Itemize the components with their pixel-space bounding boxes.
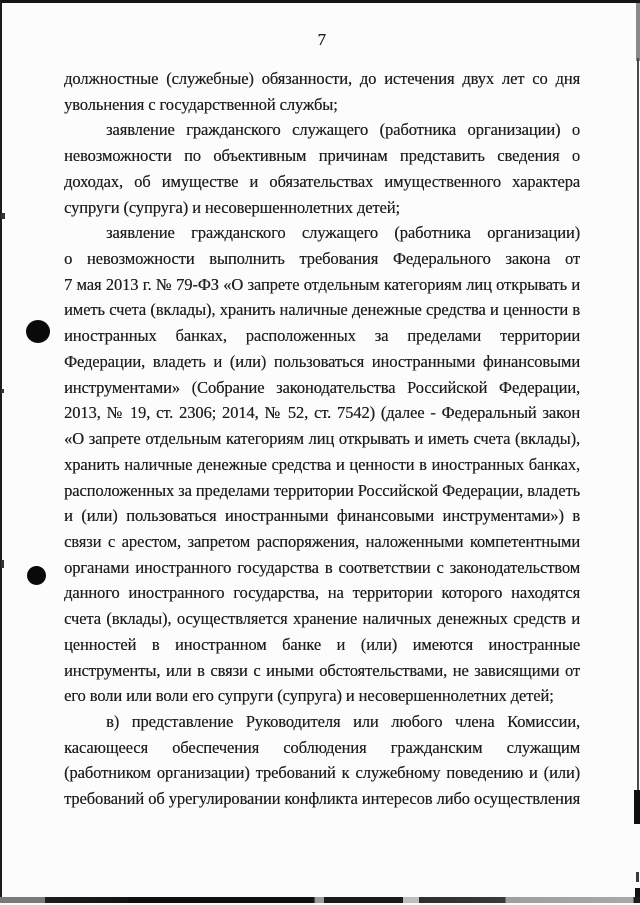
text-line: расположенных за пределами территории Ро… — [64, 478, 580, 504]
text-line: счета (вклады), осуществляется хранение … — [64, 606, 580, 632]
text-line: увольнения с государственной службы; — [64, 92, 580, 118]
paragraph: заявление гражданского служащего (работн… — [64, 117, 580, 220]
hole-punch-mark — [26, 320, 50, 343]
text-line: «О запрете отдельным категориям лиц откр… — [64, 426, 580, 452]
scan-edge-right — [637, 58, 639, 790]
scan-speck — [636, 872, 639, 882]
scan-corner-mark — [635, 888, 640, 897]
scanned-document-page: 7 должностные (служебные) обязанности, д… — [0, 0, 640, 905]
text-line: связи с арестом, запретом распоряжения, … — [64, 529, 580, 555]
scan-edge-left — [0, 0, 2, 897]
paragraph: заявление гражданского служащего (работн… — [64, 220, 580, 709]
text-line: инструментами» (Собрание законодательств… — [64, 375, 580, 401]
text-line: супруги (супруга) и несовершеннолетних д… — [64, 195, 580, 221]
text-line: (работником организации) требований к сл… — [64, 760, 580, 786]
paragraph: должностные (служебные) обязанности, до … — [64, 66, 580, 117]
text-line: органами иностранного государства в соот… — [64, 555, 580, 581]
text-line: данного иностранного государства, на тер… — [64, 580, 580, 606]
text-line: доходах, об имуществе и обязательствах и… — [64, 169, 580, 195]
text-line: инструменты, или в связи с иными обстоят… — [64, 658, 580, 684]
hole-punch-mark — [27, 566, 46, 585]
text-line: его воли или воли его супруги (супруга) … — [64, 683, 580, 709]
scan-edge-right-black — [634, 790, 640, 824]
text-line: в) представление Руководителя или любого… — [64, 709, 580, 735]
text-line: 7 мая 2013 г. № 79-ФЗ «О запрете отдельн… — [64, 272, 580, 298]
scan-edge-bottom — [0, 897, 640, 903]
scan-speck — [1, 213, 5, 219]
text-line: невозможности по объективным причинам пр… — [64, 143, 580, 169]
text-line: заявление гражданского служащего (работн… — [64, 117, 580, 143]
text-line: требований об урегулировании конфликта и… — [64, 786, 580, 812]
text-line: хранить наличные денежные средства и цен… — [64, 452, 580, 478]
text-line: должностные (служебные) обязанности, до … — [64, 66, 580, 92]
paragraph: в) представление Руководителя или любого… — [64, 709, 580, 812]
text-line: иметь счета (вклады), хранить наличные д… — [64, 297, 580, 323]
text-line: ценностей в иностранном банке и (или) им… — [64, 632, 580, 658]
scan-edge-top — [0, 0, 640, 3]
scan-speck — [1, 389, 4, 393]
text-line: о невозможности выполнить требования Фед… — [64, 246, 580, 272]
text-block: должностные (служебные) обязанности, до … — [64, 66, 580, 812]
text-line: касающееся обеспечения соблюдения гражда… — [64, 735, 580, 761]
text-line: Федерации, владеть и (или) пользоваться … — [64, 349, 580, 375]
scan-edge-right-gray — [636, 3, 640, 61]
scan-speck — [1, 560, 4, 568]
text-line: и (или) пользоваться иностранными финанс… — [64, 503, 580, 529]
text-line: иностранных банках, расположенных за пре… — [64, 323, 580, 349]
text-line: заявление гражданского служащего (работн… — [64, 220, 580, 246]
page-number: 7 — [64, 30, 580, 50]
text-line: 2013, № 19, ст. 2306; 2014, № 52, ст. 75… — [64, 400, 580, 426]
